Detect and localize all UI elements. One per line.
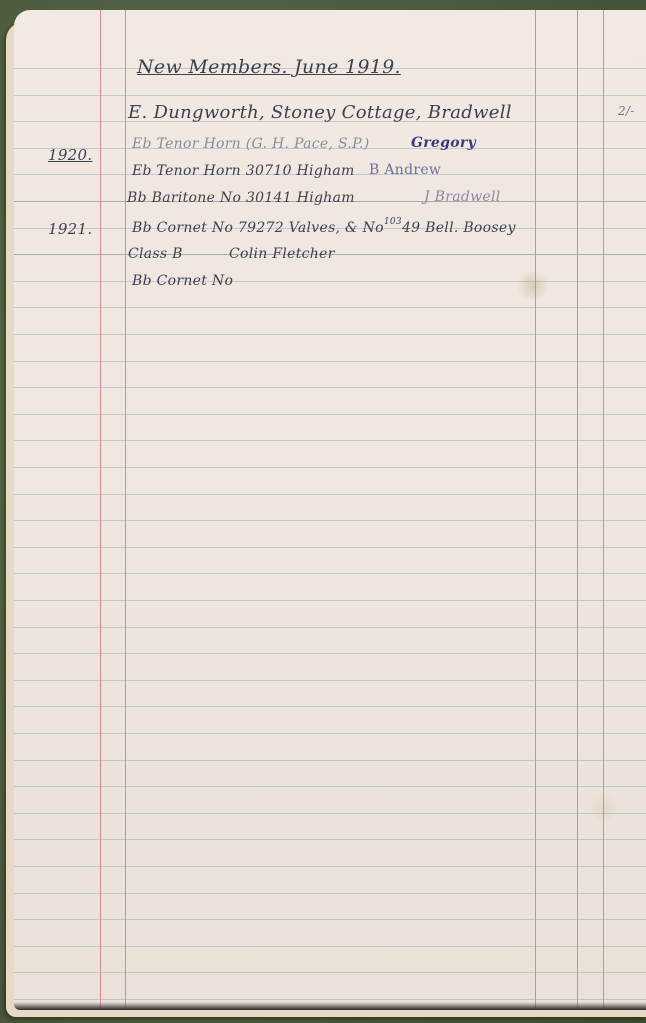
player-name: B Andrew [369,162,441,178]
superscript-number: 103 [384,217,402,227]
member-entry: E. Dungworth, Stoney Cottage, Bradwell [128,102,512,123]
instrument-line: Bb Cornet No [132,273,233,289]
instrument-text-continued: 49 Bell. Boosey [402,220,516,236]
ruled-line [14,387,646,388]
instrument-line: Eb Tenor Horn (G. H. Pace, S.P.) [132,136,370,152]
ruled-line [14,440,646,441]
ruled-line [14,361,646,362]
ledger-page: New Members. June 1919. E. Dungworth, St… [14,10,646,1010]
page-title: New Members. June 1919. [137,56,401,78]
paper-stain [514,272,552,300]
ruled-line [14,760,646,761]
ruled-line [14,946,646,947]
column-line-1 [535,10,536,1010]
ruled-line [14,494,646,495]
ruled-line [14,706,646,707]
ruled-line [14,999,646,1000]
margin-note: 2/- [618,104,635,118]
ruled-line [14,600,646,601]
ruled-line [14,733,646,734]
player-name: J Bradwell [424,189,501,205]
ruled-line [14,414,646,415]
margin-line-left-outer [100,10,101,1010]
ruled-line [14,95,646,96]
ruled-line [14,919,646,920]
player-name: Gregory [411,135,476,151]
ruled-line [14,813,646,814]
ruled-line [14,467,646,468]
ruled-line [14,680,646,681]
year-label: 1920. [48,146,92,164]
instrument-line: Bb Cornet No 79272 Valves, & No10349 Bel… [132,220,516,236]
paper-stain [589,795,619,823]
class-label: Class B [128,246,183,262]
ruled-line [14,547,646,548]
instrument-text: Bb Cornet No 79272 Valves, & No [132,220,384,236]
ruled-line [14,893,646,894]
ruled-line [14,839,646,840]
ruled-line [14,334,646,335]
ruled-line [14,520,646,521]
player-name: Colin Fletcher [229,246,335,262]
ruled-line [14,627,646,628]
column-line-2 [577,10,578,1010]
ruled-line [14,786,646,787]
year-label: 1921. [48,220,92,238]
instrument-line: Eb Tenor Horn 30710 Higham [132,163,355,179]
ruled-line [14,307,646,308]
ruled-line [14,972,646,973]
instrument-line: Bb Baritone No 30141 Higham [127,190,355,206]
ruled-line [14,653,646,654]
margin-line-left-inner [125,10,126,1010]
column-line-3 [603,10,604,1010]
page-bottom-edge [14,1002,646,1010]
ruled-line [14,866,646,867]
ruled-line [14,573,646,574]
